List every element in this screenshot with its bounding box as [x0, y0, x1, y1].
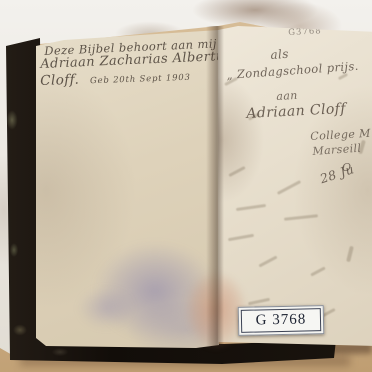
- bleed-through-stroke: [277, 180, 301, 195]
- bleed-through-stroke: [248, 298, 270, 306]
- bleed-through-stroke: [310, 266, 326, 276]
- birth-date-note: Geb 20th Sept 1903: [90, 73, 191, 87]
- photo-open-antique-book: Deze Bijbel behoort aan mij Adriaan Zach…: [0, 0, 372, 372]
- right-inscription-date: 28 Ju: [318, 161, 356, 186]
- bleed-through-stroke: [346, 246, 354, 262]
- catalog-label-text: G 3768: [256, 311, 307, 329]
- right-inscription-recipient-name: Adriaan Cloff: [246, 101, 346, 122]
- bleed-through-stroke: [228, 234, 254, 241]
- catalog-label-frame: G 3768: [241, 308, 321, 333]
- right-inscription-place: Marseill: [312, 142, 362, 158]
- catalog-label: G 3768: [238, 305, 325, 336]
- right-inscription-als: als: [270, 47, 289, 62]
- bleed-through-stroke: [284, 214, 318, 221]
- right-inscription-aan: aan: [276, 89, 298, 103]
- bleed-through-stroke: [236, 204, 266, 211]
- bleed-through-stroke: [228, 166, 245, 177]
- page-gutter-shadow: [206, 26, 224, 346]
- purple-ink-stain-secondary: [66, 278, 146, 338]
- owner-surname: Cloff.: [40, 72, 80, 89]
- bleed-through-stroke: [258, 255, 277, 267]
